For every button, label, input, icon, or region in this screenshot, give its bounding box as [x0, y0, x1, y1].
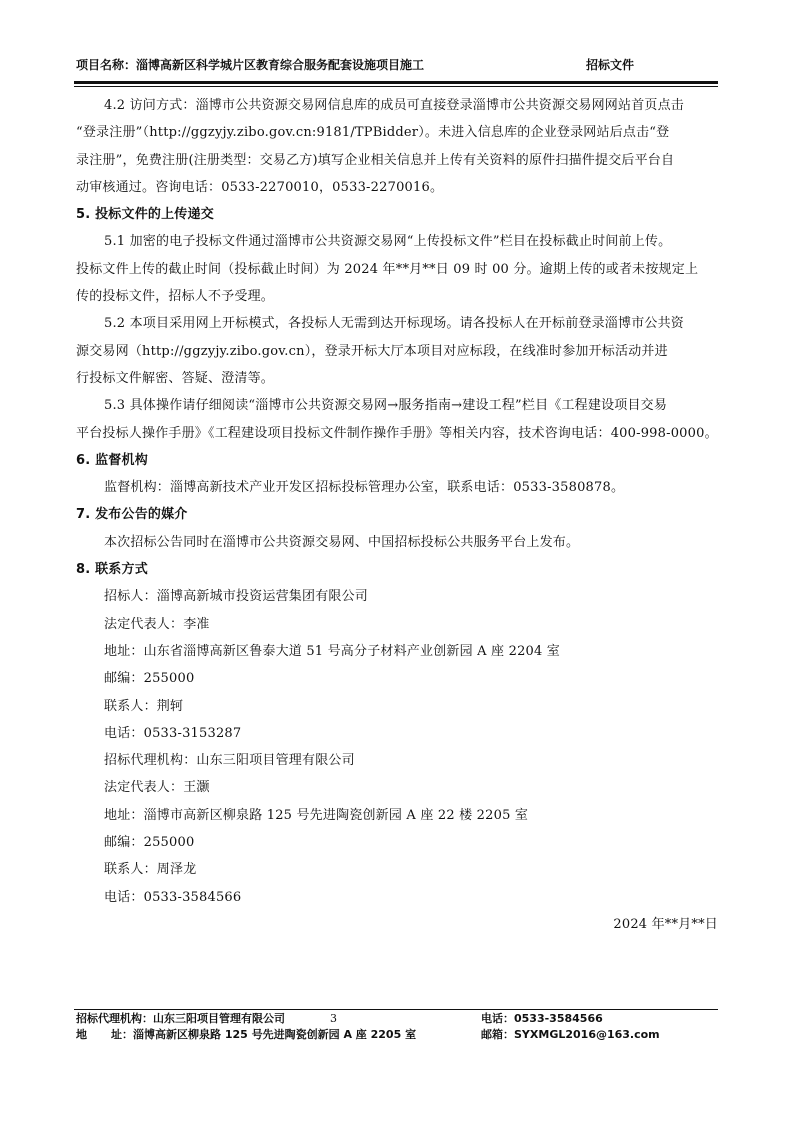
footer-address: ：淄博高新区柳泉路 125 号先进陶瓷创新园 A 座 2205 室	[122, 1028, 416, 1041]
header-double-rule	[74, 81, 718, 87]
paragraph-line: 传的投标文件，招标人不予受理。	[76, 283, 722, 310]
page-footer: 招标代理机构：山东三阳项目管理有限公司 3 电话：0533-3584566 地 …	[74, 1011, 718, 1043]
footer-rule	[74, 1009, 718, 1010]
section-8: 8. 联系方式 招标人：淄博高新城市投资运营集团有限公司 法定代表人：李准 地址…	[76, 556, 722, 911]
document-date: 2024 年**月**日	[76, 911, 722, 938]
footer-row-2: 地 址：淄博高新区柳泉路 125 号先进陶瓷创新园 A 座 2205 室 邮箱：…	[74, 1027, 718, 1043]
contact-legal-rep: 法定代表人：李准	[76, 611, 722, 638]
paragraph-line: 5.2 本项目采用网上开标模式，各投标人无需到达开标现场。请各投标人在开标前登录…	[76, 310, 722, 337]
paragraph-line: 行投标文件解密、答疑、澄清等。	[76, 365, 722, 392]
footer-address-label: 地 址	[76, 1027, 122, 1043]
section-6: 6. 监督机构 监督机构：淄博高新技术产业开发区招标投标管理办公室，联系电话：0…	[76, 447, 722, 502]
agency-legal-rep: 法定代表人：王灏	[76, 774, 722, 801]
paragraph-line: 录注册”，免费注册(注册类型：交易乙方)填写企业相关信息并上传有关资料的原件扫描…	[76, 147, 722, 174]
footer-address-wrap: 地 址：淄博高新区柳泉路 125 号先进陶瓷创新园 A 座 2205 室	[76, 1027, 416, 1043]
section-heading: 7. 发布公告的媒介	[76, 501, 722, 528]
project-title: 项目名称：淄博高新区科学城片区教育综合服务配套设施项目施工	[76, 55, 424, 75]
agency-address: 地址：淄博市高新区柳泉路 125 号先进陶瓷创新园 A 座 22 楼 2205 …	[76, 802, 722, 829]
section-heading: 8. 联系方式	[76, 556, 722, 583]
paragraph-line: “登录注册”（http://ggzyjy.zibo.gov.cn:9181/TP…	[76, 119, 722, 146]
footer-phone: 电话：0533-3584566	[481, 1011, 603, 1027]
agency-contact-person: 联系人：周泽龙	[76, 856, 722, 883]
section-4-2: 4.2 访问方式：淄博市公共资源交易网信息库的成员可直接登录淄博市公共资源交易网…	[76, 92, 722, 201]
footer-email: 邮箱：SYXMGL2016@163.com	[481, 1027, 660, 1043]
page-header: 项目名称：淄博高新区科学城片区教育综合服务配套设施项目施工 招标文件	[74, 55, 718, 75]
page-number: 3	[330, 1011, 337, 1027]
contact-address: 地址：山东省淄博高新区鲁泰大道 51 号高分子材料产业创新园 A 座 2204 …	[76, 638, 722, 665]
paragraph-line: 源交易网（http://ggzyjy.zibo.gov.cn），登录开标大厅本项…	[76, 338, 722, 365]
footer-row-1: 招标代理机构：山东三阳项目管理有限公司 3 电话：0533-3584566	[74, 1011, 718, 1027]
contact-person: 联系人：荆轲	[76, 693, 722, 720]
section-heading: 5. 投标文件的上传递交	[76, 201, 722, 228]
paragraph-line: 4.2 访问方式：淄博市公共资源交易网信息库的成员可直接登录淄博市公共资源交易网…	[76, 92, 722, 119]
section-7: 7. 发布公告的媒介 本次招标公告同时在淄博市公共资源交易网、中国招标投标公共服…	[76, 501, 722, 556]
contact-tenderer: 招标人：淄博高新城市投资运营集团有限公司	[76, 583, 722, 610]
paragraph-line: 动审核通过。咨询电话：0533-2270010，0533-2270016。	[76, 174, 722, 201]
contact-phone: 电话：0533-3153287	[76, 720, 722, 747]
agency-name: 招标代理机构：山东三阳项目管理有限公司	[76, 747, 722, 774]
paragraph-line: 平台投标人操作手册》《工程建设项目投标文件制作操作手册》等相关内容，技术咨询电话…	[76, 420, 722, 447]
document-body: 4.2 访问方式：淄博市公共资源交易网信息库的成员可直接登录淄博市公共资源交易网…	[76, 92, 722, 938]
paragraph-line: 5.1 加密的电子投标文件通过淄博市公共资源交易网“上传投标文件”栏目在投标截止…	[76, 228, 722, 255]
paragraph-line: 监督机构：淄博高新技术产业开发区招标投标管理办公室，联系电话：0533-3580…	[76, 474, 722, 501]
paragraph-line: 5.3 具体操作请仔细阅读“淄博市公共资源交易网→服务指南→建设工程”栏目《工程…	[76, 392, 722, 419]
agency-postcode: 邮编：255000	[76, 829, 722, 856]
contact-postcode: 邮编：255000	[76, 665, 722, 692]
footer-agency: 招标代理机构：山东三阳项目管理有限公司	[76, 1011, 285, 1027]
document-type: 招标文件	[586, 55, 634, 75]
section-heading: 6. 监督机构	[76, 447, 722, 474]
paragraph-line: 本次招标公告同时在淄博市公共资源交易网、中国招标投标公共服务平台上发布。	[76, 529, 722, 556]
agency-phone: 电话：0533-3584566	[76, 884, 722, 911]
paragraph-line: 投标文件上传的截止时间（投标截止时间）为 2024 年**月**日 09 时 0…	[76, 256, 722, 283]
section-5: 5. 投标文件的上传递交 5.1 加密的电子投标文件通过淄博市公共资源交易网“上…	[76, 201, 722, 447]
